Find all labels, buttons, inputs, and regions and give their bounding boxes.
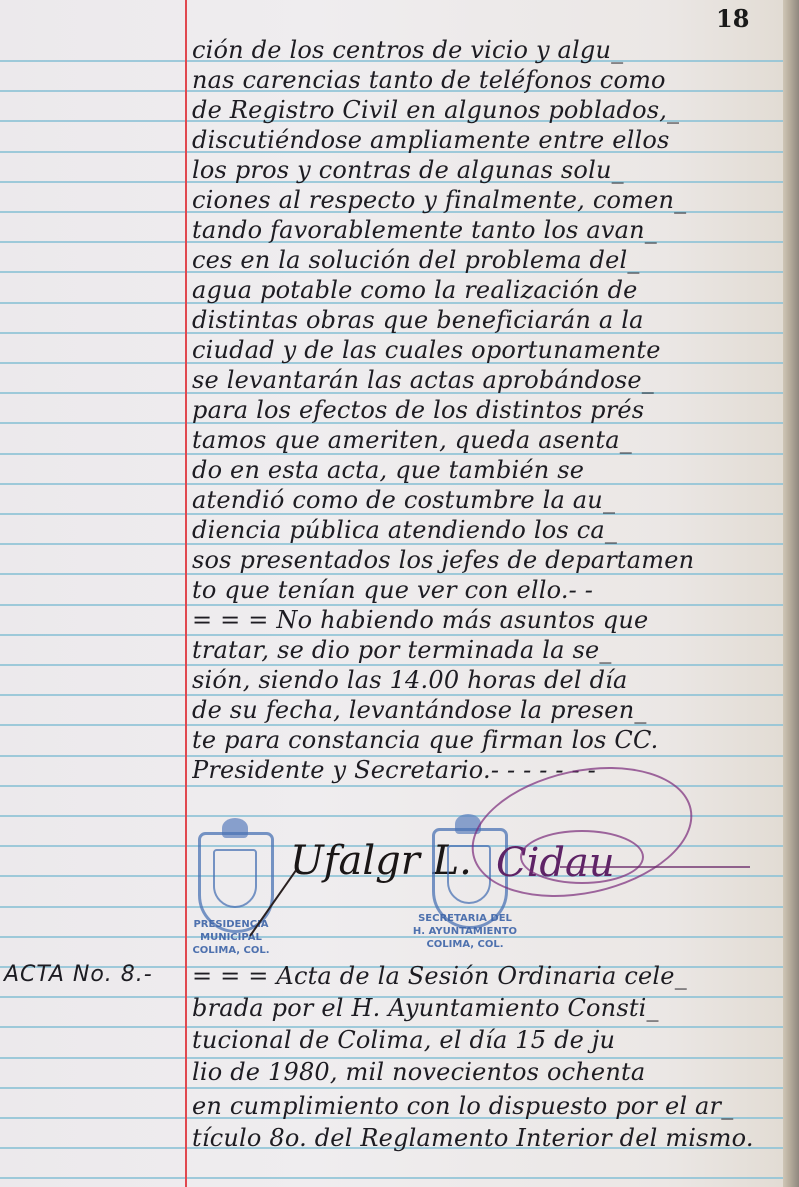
text-line: = = = No habiendo más asuntos que <box>192 606 783 636</box>
ruling-line <box>0 906 783 908</box>
notebook-page: 18 ción de los centros de vicio y algu_ … <box>0 0 783 1187</box>
stamp-secretaria: SECRETARIA DEL H. AYUNTAMIENTO COLIMA, C… <box>410 912 520 951</box>
text-line: sos presentados los jefes de departamen <box>192 546 783 576</box>
text-line: distintas obras que beneficiarán a la <box>192 306 783 336</box>
signature-flourish <box>520 830 644 884</box>
page-edge <box>783 0 799 1187</box>
ruling-line <box>0 1177 783 1179</box>
text-line: tamos que ameriten, queda asenta_ <box>192 426 783 456</box>
text-line: ción de los centros de vicio y algu_ <box>192 36 783 66</box>
text-line: sión, siendo las 14.00 horas del día <box>192 666 783 696</box>
text-line: de Registro Civil en algunos poblados,_ <box>192 96 783 126</box>
text-line: tratar, se dio por terminada la se_ <box>192 636 783 666</box>
text-line: nas carencias tanto de teléfonos como <box>192 66 783 96</box>
text-line: ces en la solución del problema del_ <box>192 246 783 276</box>
text-line: lio de 1980, mil novecientos ochenta <box>192 1058 783 1088</box>
text-line: en cumplimiento con lo dispuesto por el … <box>192 1092 783 1122</box>
text-line: tículo 8o. del Reglamento Interior del m… <box>192 1124 783 1154</box>
text-line: to que tenían que ver con ello.- - <box>192 576 783 606</box>
bleed-through-text <box>10 42 17 67</box>
text-line: diencia pública atendiendo los ca_ <box>192 516 783 546</box>
text-line: ciudad y de las cuales oportunamente <box>192 336 783 366</box>
text-line: Presidente y Secretario.- - - - - - - <box>192 756 783 786</box>
text-line: ciones al respecto y finalmente, comen_ <box>192 186 783 216</box>
page-number: 18 <box>716 4 749 33</box>
text-line: agua potable como la realización de <box>192 276 783 306</box>
red-margin-line <box>185 0 187 1187</box>
text-line: atendió como de costumbre la au_ <box>192 486 783 516</box>
text-line: brada por el H. Ayuntamiento Consti_ <box>192 994 783 1024</box>
stamp-presidencia: PRESIDENCIA MUNICIPAL COLIMA, COL. <box>186 918 276 957</box>
ruling-line <box>0 936 783 938</box>
text-line: tucional de Colima, el día 15 de ju <box>192 1026 783 1056</box>
signature-underline <box>560 866 750 868</box>
text-line: do en esta acta, que también se <box>192 456 783 486</box>
text-line: para los efectos de los distintos prés <box>192 396 783 426</box>
text-line: de su fecha, levantándose la presen_ <box>192 696 783 726</box>
margin-note-acta-number: ACTA No. 8.- <box>4 962 153 987</box>
text-line: discutiéndose ampliamente entre ellos <box>192 126 783 156</box>
text-line: se levantarán las actas aprobándose_ <box>192 366 783 396</box>
text-line: = = = Acta de la Sesión Ordinaria cele_ <box>192 962 783 992</box>
text-line: tando favorablemente tanto los avan_ <box>192 216 783 246</box>
text-line: los pros y contras de algunas solu_ <box>192 156 783 186</box>
text-line: te para constancia que firman los CC. <box>192 726 783 756</box>
